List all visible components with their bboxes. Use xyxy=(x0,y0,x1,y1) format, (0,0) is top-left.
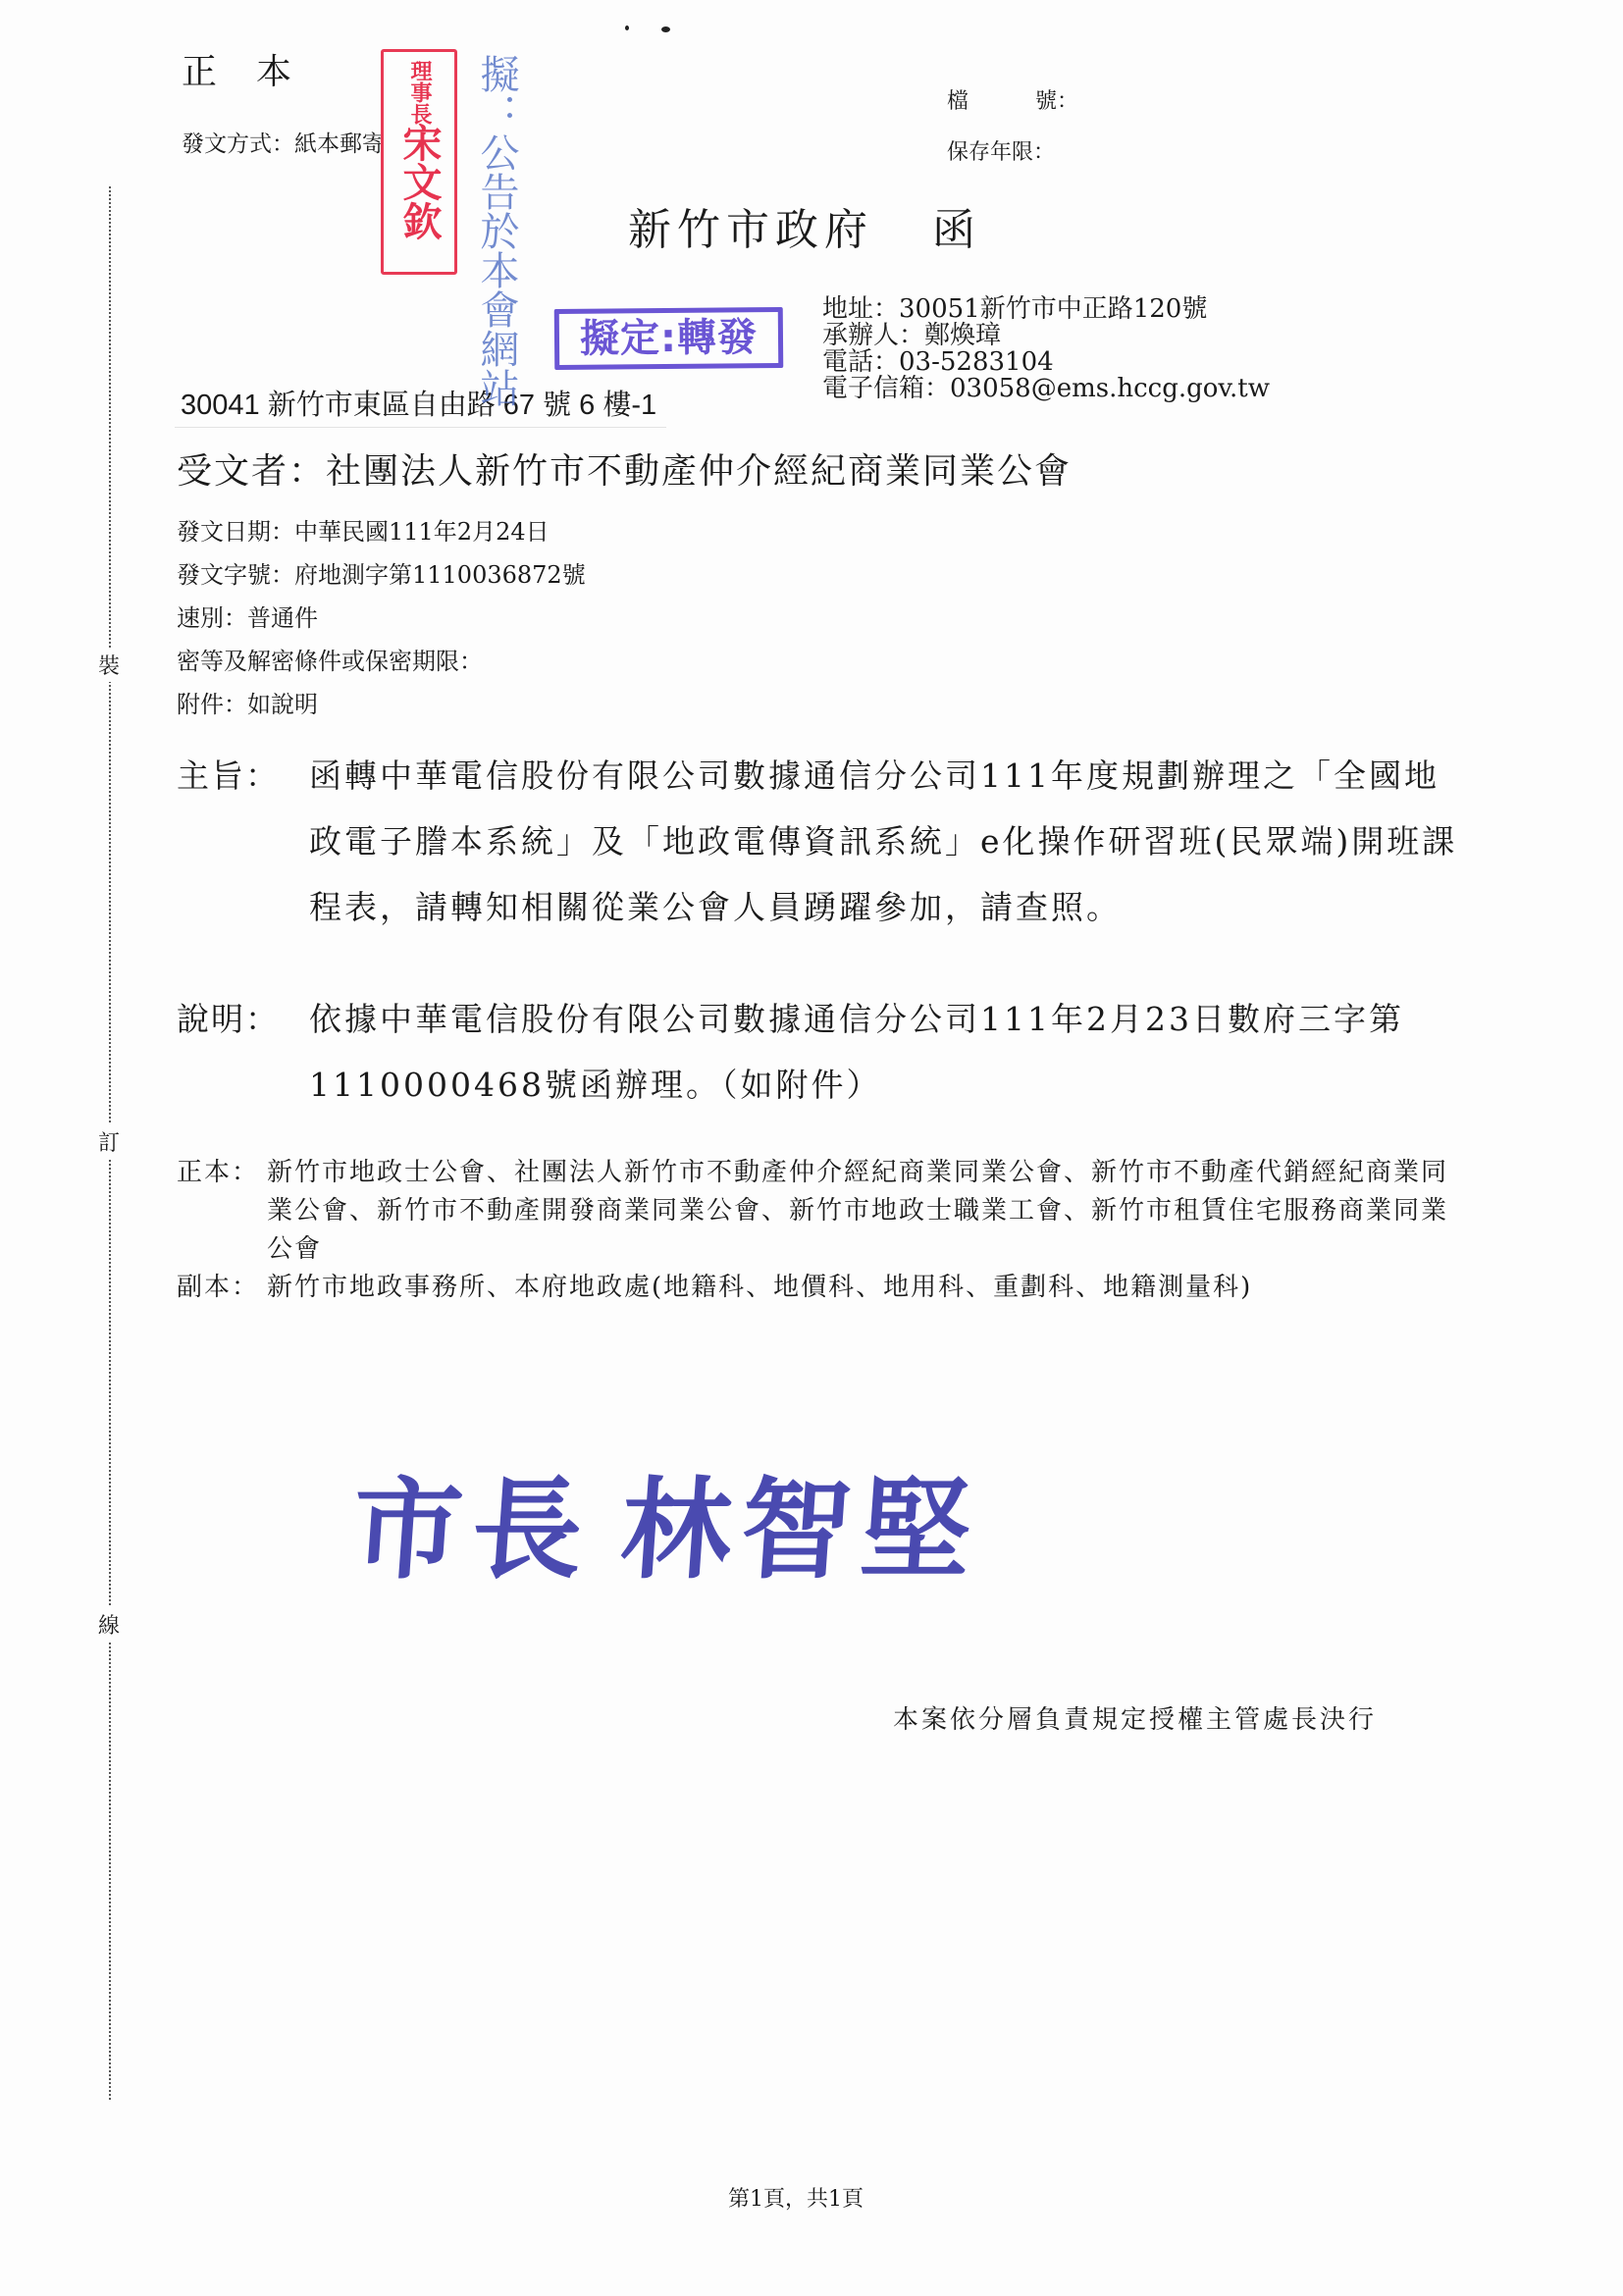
sender-address: 地址：30051新竹市中正路120號 xyxy=(822,296,1270,323)
mayor-signature: 市長林智堅 xyxy=(347,1442,986,1600)
issue-date: 發文日期：中華民國111年2月24日 xyxy=(177,510,586,553)
subject-text: 函轉中華電信股份有限公司數據通信分公司111年度規劃辦理之「全國地政電子謄本系統… xyxy=(309,743,1472,940)
attachment: 附件：如說明 xyxy=(177,683,586,726)
phone: 電話：03-5283104 xyxy=(822,349,1270,376)
subject-section: 主旨： 函轉中華電信股份有限公司數據通信分公司111年度規劃辦理之「全國地政電子… xyxy=(177,743,1472,940)
title-org: 新竹市政府 xyxy=(628,205,873,255)
scan-speck xyxy=(625,26,629,30)
chairman-name: 宋文欽 xyxy=(394,123,444,240)
copy-recipients-text: 新竹市地政事務所、本府地政處(地籍科、地價科、地用科、重劃科、地籍測量科) xyxy=(267,1269,1472,1307)
copy-type-label: 正本 xyxy=(182,44,331,94)
file-number-label-a: 檔 xyxy=(947,89,969,114)
sender-contact-block: 地址：30051新竹市中正路120號 承辦人：鄭煥璋 電話：03-5283104… xyxy=(822,296,1270,402)
binding-mark-xian: 線 xyxy=(98,1607,120,1642)
document-meta: 發文日期：中華民國111年2月24日 發文字號：府地測字第1110036872號… xyxy=(177,510,586,726)
chairman-seal-stamp: 理事長 宋文欽 xyxy=(381,49,457,275)
title-type: 函 xyxy=(932,205,981,255)
forward-stamp: 擬定:轉發 xyxy=(554,307,784,370)
document-number: 發文字號：府地測字第1110036872號 xyxy=(177,553,586,597)
original-recipients-text: 新竹市地政士公會、社團法人新竹市不動產仲介經紀商業同業公會、新竹市不動產代銷經紀… xyxy=(267,1154,1472,1269)
delegation-note: 本案依分層負責規定授權主管處長決行 xyxy=(893,1699,1377,1736)
binding-mark-zhuang: 裝 xyxy=(98,648,120,682)
explanation-label: 說明： xyxy=(177,986,309,1118)
file-number-label-b: 號： xyxy=(1035,89,1078,114)
scan-speck xyxy=(661,26,670,32)
chairman-title-text: 理事長 xyxy=(407,60,431,125)
announce-stamp-text: 擬：公告於本會網站 xyxy=(470,54,523,407)
recipient-address: 30041 新竹市東區自由路 67 號 6 樓-1 xyxy=(175,381,666,428)
chairman-name-text: 宋文欽 xyxy=(394,123,444,240)
send-method: 發文方式：紙本郵寄 xyxy=(182,126,385,158)
chairman-title: 理事長 xyxy=(407,60,431,125)
original-recipients-label: 正本： xyxy=(177,1154,267,1269)
explanation-text: 依據中華電信股份有限公司數據通信分公司111年2月23日數府三字第1110000… xyxy=(309,986,1472,1118)
confidentiality: 密等及解密條件或保密期限： xyxy=(177,640,586,683)
handler: 承辦人：鄭煥璋 xyxy=(822,323,1270,349)
signature-title: 市長 xyxy=(348,1467,597,1594)
file-number-field: 檔號： xyxy=(947,84,1078,115)
page-number: 第1頁，共1頁 xyxy=(728,2182,864,2213)
binding-mark-ding: 訂 xyxy=(98,1124,120,1159)
recipient: 受文者：社團法人新竹市不動產仲介經紀商業同業公會 xyxy=(177,444,1072,494)
retention-period-field: 保存年限： xyxy=(947,135,1055,166)
distribution-section: 正本： 新竹市地政士公會、社團法人新竹市不動產仲介經紀商業同業公會、新竹市不動產… xyxy=(177,1154,1472,1307)
explanation-section: 說明： 依據中華電信股份有限公司數據通信分公司111年2月23日數府三字第111… xyxy=(177,986,1472,1118)
signature-name: 林智堅 xyxy=(617,1467,985,1594)
copy-recipients-label: 副本： xyxy=(177,1269,267,1307)
email: 電子信箱：03058@ems.hccg.gov.tw xyxy=(822,376,1270,402)
announce-stamp: 擬：公告於本會網站 xyxy=(469,54,524,407)
document-title: 新竹市政府函 xyxy=(628,194,981,257)
speed-class: 速別：普通件 xyxy=(177,597,586,640)
subject-label: 主旨： xyxy=(177,743,309,940)
